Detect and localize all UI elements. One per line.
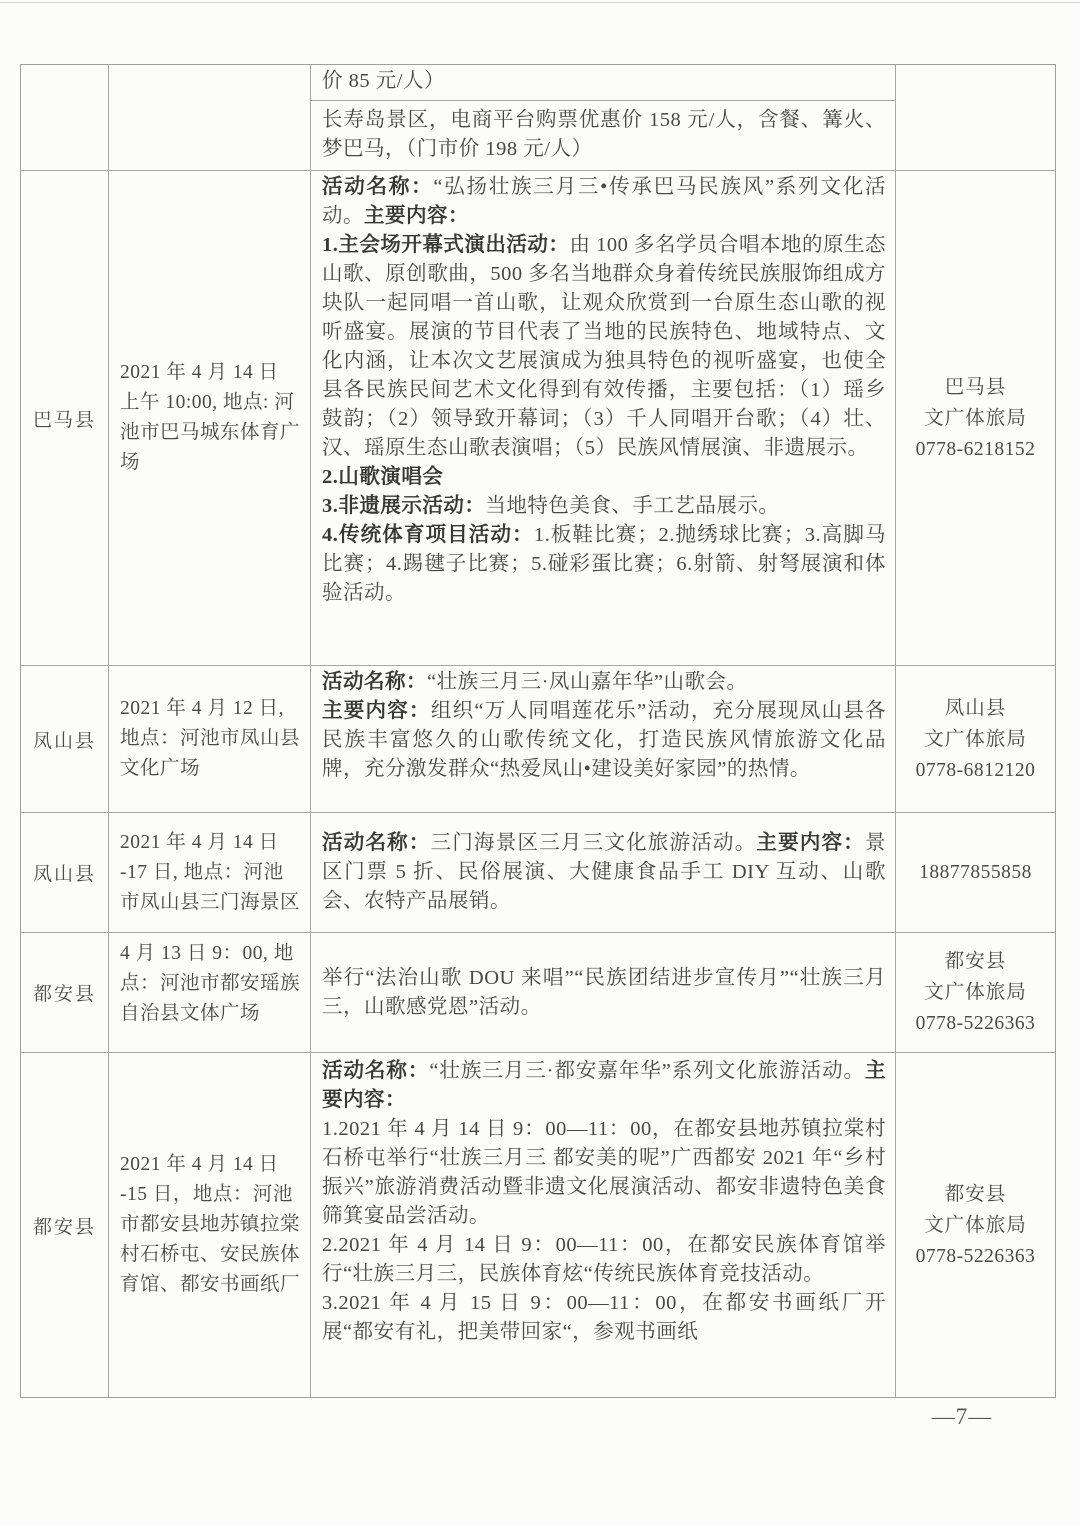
item1-text: 1.2021 年 4 月 14 日 9：00—11：00，在都安县地苏镇拉棠村石… xyxy=(322,1118,886,1227)
item1-text: 由 100 多名学员合唱本地的原生态山歌、原创歌曲，500 多名当地群众身着传统… xyxy=(322,234,886,459)
activity-name-label: 活动名称： xyxy=(322,832,431,854)
activity-name-text: “壮族三月三·都安嘉年华”系列文化旅游活动。 xyxy=(429,1060,865,1082)
date-location-cell-fengshan-1: 2021 年 4 月 12 日, 地点：河池市凤山县文化广场 xyxy=(109,666,311,813)
carryover-changshou-text: 长寿岛景区，电商平台购票优惠价 158 元/人，含餐、篝火、梦巴马，（门市价 1… xyxy=(322,106,886,164)
item2-text: 2.2021 年 4 月 14 日 9：00—11：00，在都安民族体育馆举行“… xyxy=(322,1234,886,1285)
scan-artifact-line xyxy=(0,2,1080,3)
date-location-text: 2021 年 4 月 14 日 上午 10:00, 地点: 河池市巴马城东体育广… xyxy=(120,358,302,478)
carryover-price-text: 价 85 元/人） xyxy=(322,67,886,96)
contact-phone: 0778-6812120 xyxy=(916,755,1036,786)
contact-county: 都安县 xyxy=(945,1179,1007,1210)
contact-cell-bama: 巴马县 文广体旅局 0778-6218152 xyxy=(896,171,1055,666)
date-location-cell-duan-2: 2021 年 4 月 14 日 -15 日，地点：河池市都安县地苏镇拉棠村石桥屯… xyxy=(109,1053,311,1397)
activity-text: 活动名称：“弘扬壮族三月三•传承巴马民族风”系列文化活动。主要内容： 1.主会场… xyxy=(322,173,886,608)
date-location-text: 2021 年 4 月 14 日 -17 日, 地点：河池市凤山县三门海景区 xyxy=(120,828,302,918)
activity-cell-duan-1: 举行“法治山歌 DOU 来唱”“民族团结进步宣传月”“壮族三月三，山歌感党恩”活… xyxy=(311,933,896,1053)
activity-text: 举行“法治山歌 DOU 来唱”“民族团结进步宣传月”“壮族三月三，山歌感党恩”活… xyxy=(322,964,886,1022)
county-cell-duan-1: 都安县 xyxy=(21,933,109,1053)
main-content-label: 主要内容： xyxy=(322,700,431,722)
date-location-cell-fengshan-2: 2021 年 4 月 14 日 -17 日, 地点：河池市凤山县三门海景区 xyxy=(109,813,311,933)
contact-phone: 0778-6218152 xyxy=(916,434,1036,465)
activity-cell-fengshan-1: 活动名称：“壮族三月三·凤山嘉年华”山歌会。 主要内容：组织“万人同唱莲花乐”活… xyxy=(311,666,896,813)
item3-text: 当地特色美食、手工艺品展示。 xyxy=(485,495,779,517)
activities-table: 价 85 元/人） 长寿岛景区，电商平台购票优惠价 158 元/人，含餐、篝火、… xyxy=(20,64,1056,1398)
item4-label: 4.传统体育项目活动： xyxy=(322,524,534,546)
carryover-price-cell: 价 85 元/人） xyxy=(311,65,896,101)
activity-text: 活动名称：“壮族三月三·都安嘉年华”系列文化旅游活动。主要内容： 1.2021 … xyxy=(322,1057,886,1347)
item2-label: 2.山歌演唱会 xyxy=(322,466,443,488)
activity-text: 活动名称：三门海景区三月三文化旅游活动。主要内容：景区门票 5 折、民俗展演、大… xyxy=(322,829,886,916)
activity-name-label: 活动名称： xyxy=(322,1060,429,1082)
contact-cell-fengshan-2: 18877855858 xyxy=(896,813,1055,933)
contact-phone: 0778-5226363 xyxy=(916,1008,1036,1039)
contact-county: 巴马县 xyxy=(945,372,1007,403)
county-label: 凤山县 xyxy=(33,726,96,753)
activity-text: 活动名称：“壮族三月三·凤山嘉年华”山歌会。 主要内容：组织“万人同唱莲花乐”活… xyxy=(322,668,886,784)
county-cell-fengshan-1: 凤山县 xyxy=(21,666,109,813)
item3-text: 3.2021 年 4 月 15 日 9：00—11：00，在都安书画纸厂开展“都… xyxy=(322,1292,886,1343)
contact-cell-fengshan-1: 凤山县 文广体旅局 0778-6812120 xyxy=(896,666,1055,813)
activity-cell-bama: 活动名称：“弘扬壮族三月三•传承巴马民族风”系列文化活动。主要内容： 1.主会场… xyxy=(311,171,896,666)
county-cell-fengshan-2: 凤山县 xyxy=(21,813,109,933)
carryover-date-cell xyxy=(109,65,311,171)
contact-phone: 0778-5226363 xyxy=(916,1241,1036,1272)
contact-county: 都安县 xyxy=(945,946,1007,977)
county-label: 巴马县 xyxy=(33,405,96,432)
carryover-contact-cell xyxy=(896,65,1055,171)
carryover-county-cell xyxy=(21,65,109,171)
main-content-label: 主要内容： xyxy=(756,832,865,854)
county-cell-duan-2: 都安县 xyxy=(21,1053,109,1397)
contact-org: 文广体旅局 xyxy=(924,977,1027,1008)
main-content-label: 主要内容： xyxy=(364,205,469,227)
contact-cell-duan-1: 都安县 文广体旅局 0778-5226363 xyxy=(896,933,1055,1053)
activity-cell-duan-2: 活动名称：“壮族三月三·都安嘉年华”系列文化旅游活动。主要内容： 1.2021 … xyxy=(311,1053,896,1397)
contact-org: 文广体旅局 xyxy=(924,1210,1027,1241)
county-cell-bama: 巴马县 xyxy=(21,171,109,666)
contact-cell-duan-2: 都安县 文广体旅局 0778-5226363 xyxy=(896,1053,1055,1397)
date-location-text: 2021 年 4 月 12 日, 地点：河池市凤山县文化广场 xyxy=(120,694,302,784)
contact-org: 文广体旅局 xyxy=(924,403,1027,434)
activity-name-label: 活动名称： xyxy=(322,671,427,693)
county-label: 都安县 xyxy=(33,1212,96,1239)
contact-phone: 18877855858 xyxy=(919,857,1032,888)
activity-name-text: “壮族三月三·凤山嘉年华”山歌会。 xyxy=(427,671,748,693)
item3-label: 3.非遗展示活动： xyxy=(322,495,485,517)
date-location-text: 2021 年 4 月 14 日 -15 日，地点：河池市都安县地苏镇拉棠村石桥屯… xyxy=(120,1150,302,1300)
county-label: 都安县 xyxy=(33,979,96,1006)
activity-name-label: 活动名称： xyxy=(322,176,433,198)
carryover-changshou-cell: 长寿岛景区，电商平台购票优惠价 158 元/人，含餐、篝火、梦巴马，（门市价 1… xyxy=(311,101,896,171)
date-location-cell-duan-1: 4 月 13 日 9：00, 地点：河池市都安瑶族自治县文体广场 xyxy=(109,933,311,1053)
county-label: 凤山县 xyxy=(33,859,96,886)
activity-cell-fengshan-2: 活动名称：三门海景区三月三文化旅游活动。主要内容：景区门票 5 折、民俗展演、大… xyxy=(311,813,896,933)
page-number: —7— xyxy=(902,1404,1022,1430)
date-location-text: 4 月 13 日 9：00, 地点：河池市都安瑶族自治县文体广场 xyxy=(120,939,302,1029)
contact-county: 凤山县 xyxy=(945,693,1007,724)
activity-name-text: 三门海景区三月三文化旅游活动。 xyxy=(431,832,757,854)
contact-org: 文广体旅局 xyxy=(924,724,1027,755)
item1-label: 1.主会场开幕式演出活动： xyxy=(322,234,569,256)
date-location-cell-bama: 2021 年 4 月 14 日 上午 10:00, 地点: 河池市巴马城东体育广… xyxy=(109,171,311,666)
scanned-document-page: 价 85 元/人） 长寿岛景区，电商平台购票优惠价 158 元/人，含餐、篝火、… xyxy=(0,0,1080,1526)
